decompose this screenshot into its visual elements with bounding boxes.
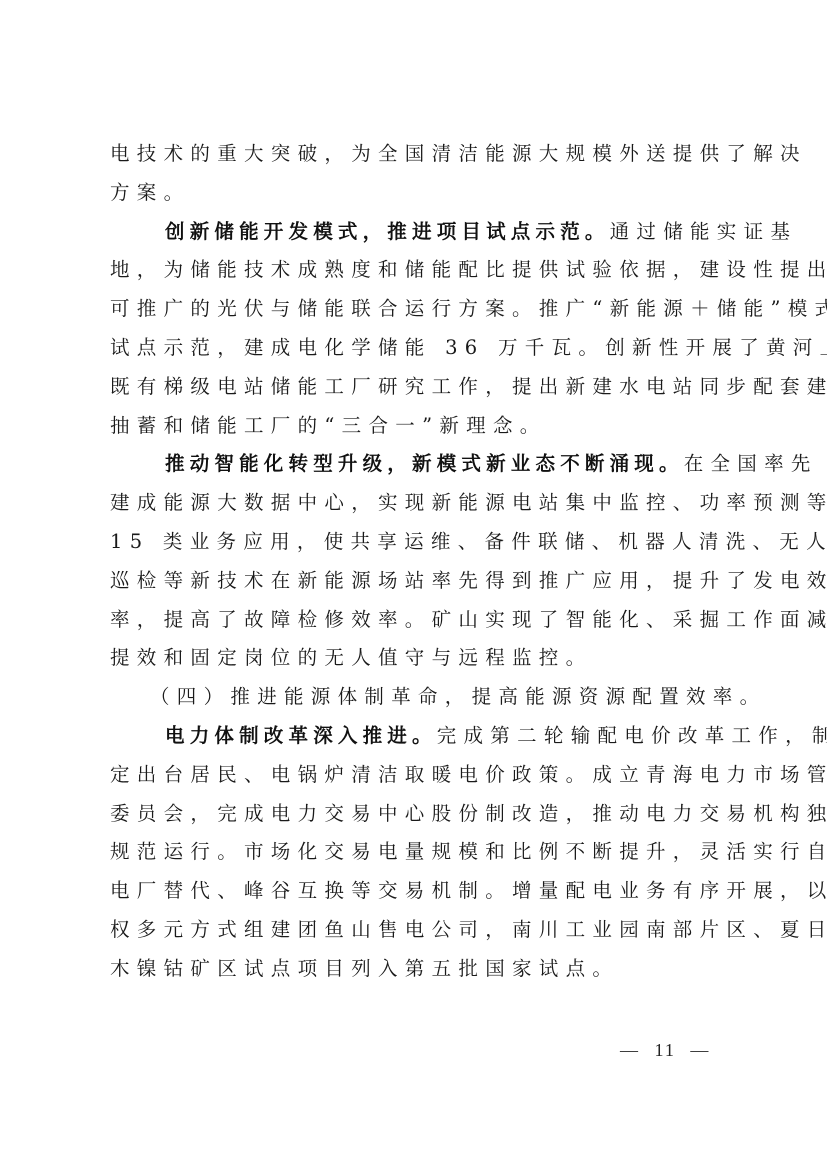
paragraph-line: 木镍钴矿区试点项目列入第五批国家试点。 (110, 950, 720, 989)
document-body: 电技术的重大突破，为全国清洁能源大规模外送提供了解决 方案。 创新储能开发模式，… (110, 135, 720, 989)
bold-lead-sentence: 电力体制改革深入推进。 (165, 724, 437, 747)
paragraph-line: 抽蓄和储能工厂的“三合一”新理念。 (110, 407, 720, 446)
document-page: 电技术的重大突破，为全国清洁能源大规模外送提供了解决 方案。 创新储能开发模式，… (0, 0, 827, 1169)
paragraph-line: 试点示范，建成电化学储能 36 万千瓦。创新性开展了黄河上游 (110, 329, 720, 368)
paragraph-line: 方案。 (110, 174, 720, 213)
paragraph-line: 规范运行。市场化交易电量规模和比例不断提升，灵活实行自备 (110, 833, 720, 872)
paragraph-line: 15 类业务应用，使共享运维、备件联储、机器人清洗、无人机 (110, 523, 720, 562)
paragraph-line: 巡检等新技术在新能源场站率先得到推广应用，提升了发电效 (110, 562, 720, 601)
section-heading: （四）推进能源体制革命，提高能源资源配置效率。 (110, 678, 720, 717)
page-number: — 11 — (620, 1040, 710, 1061)
paragraph-line: 电厂替代、峰谷互换等交易机制。增量配电业务有序开展，以股 (110, 872, 720, 911)
paragraph-text: 完成第二轮输配电价改革工作，制 (437, 724, 827, 747)
paragraph-line: 可推广的光伏与储能联合运行方案。推广“新能源＋储能”模式 (110, 290, 720, 329)
paragraph-line: 既有梯级电站储能工厂研究工作，提出新建水电站同步配套建设 (110, 368, 720, 407)
paragraph-text: 通过储能实证基 (610, 220, 798, 243)
paragraph-first-line: 电力体制改革深入推进。完成第二轮输配电价改革工作，制 (110, 717, 720, 756)
paragraph-line: 率，提高了故障检修效率。矿山实现了智能化、采掘工作面减人 (110, 601, 720, 640)
paragraph-line: 电技术的重大突破，为全国清洁能源大规模外送提供了解决 (110, 135, 720, 174)
paragraph-line: 权多元方式组建团鱼山售电公司，南川工业园南部片区、夏日哈 (110, 911, 720, 950)
paragraph-first-line: 推动智能化转型升级，新模式新业态不断涌现。在全国率先 (110, 445, 720, 484)
bold-lead-sentence: 推动智能化转型升级，新模式新业态不断涌现。 (165, 452, 684, 475)
paragraph-line: 地，为储能技术成熟度和储能配比提供试验依据，建设性提出了 (110, 251, 720, 290)
paragraph-line: 定出台居民、电锅炉清洁取暖电价政策。成立青海电力市场管理 (110, 756, 720, 795)
paragraph-line: 委员会，完成电力交易中心股份制改造，推动电力交易机构独立 (110, 795, 720, 834)
paragraph-text: 在全国率先 (684, 452, 818, 475)
paragraph-line: 建成能源大数据中心，实现新能源电站集中监控、功率预测等 (110, 484, 720, 523)
paragraph-first-line: 创新储能开发模式，推进项目试点示范。通过储能实证基 (110, 213, 720, 252)
paragraph-line: 提效和固定岗位的无人值守与远程监控。 (110, 639, 720, 678)
bold-lead-sentence: 创新储能开发模式，推进项目试点示范。 (165, 220, 610, 243)
